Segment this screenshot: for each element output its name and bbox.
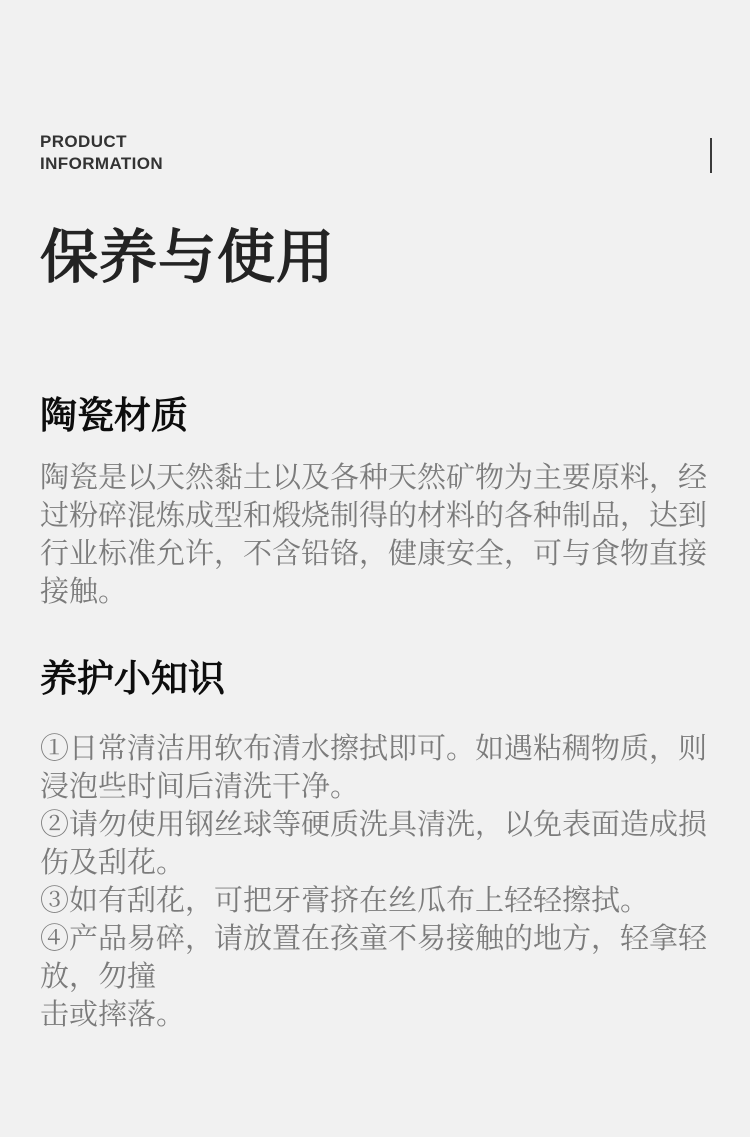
section-body-ceramic-material: 陶瓷是以天然黏土以及各种天然矿物为主要原料，经 过粉碎混炼成型和煅烧制得的材料的… [40,459,707,611]
vertical-divider [710,138,712,173]
section-heading-ceramic-material: 陶瓷材质 [40,396,188,437]
section-body-care-tips: ①日常清洁用软布清水擦拭即可。如遇粘稠物质，则 浸泡些时间后清洗干净。 ②请勿使… [40,730,707,1034]
eyebrow-label: PRODUCT INFORMATION [40,131,163,175]
page-title: 保养与使用 [40,225,335,292]
section-heading-care-tips: 养护小知识 [40,659,225,700]
product-info-panel: PRODUCT INFORMATION 保养与使用 陶瓷材质 陶瓷是以天然黏土以… [0,0,750,1137]
